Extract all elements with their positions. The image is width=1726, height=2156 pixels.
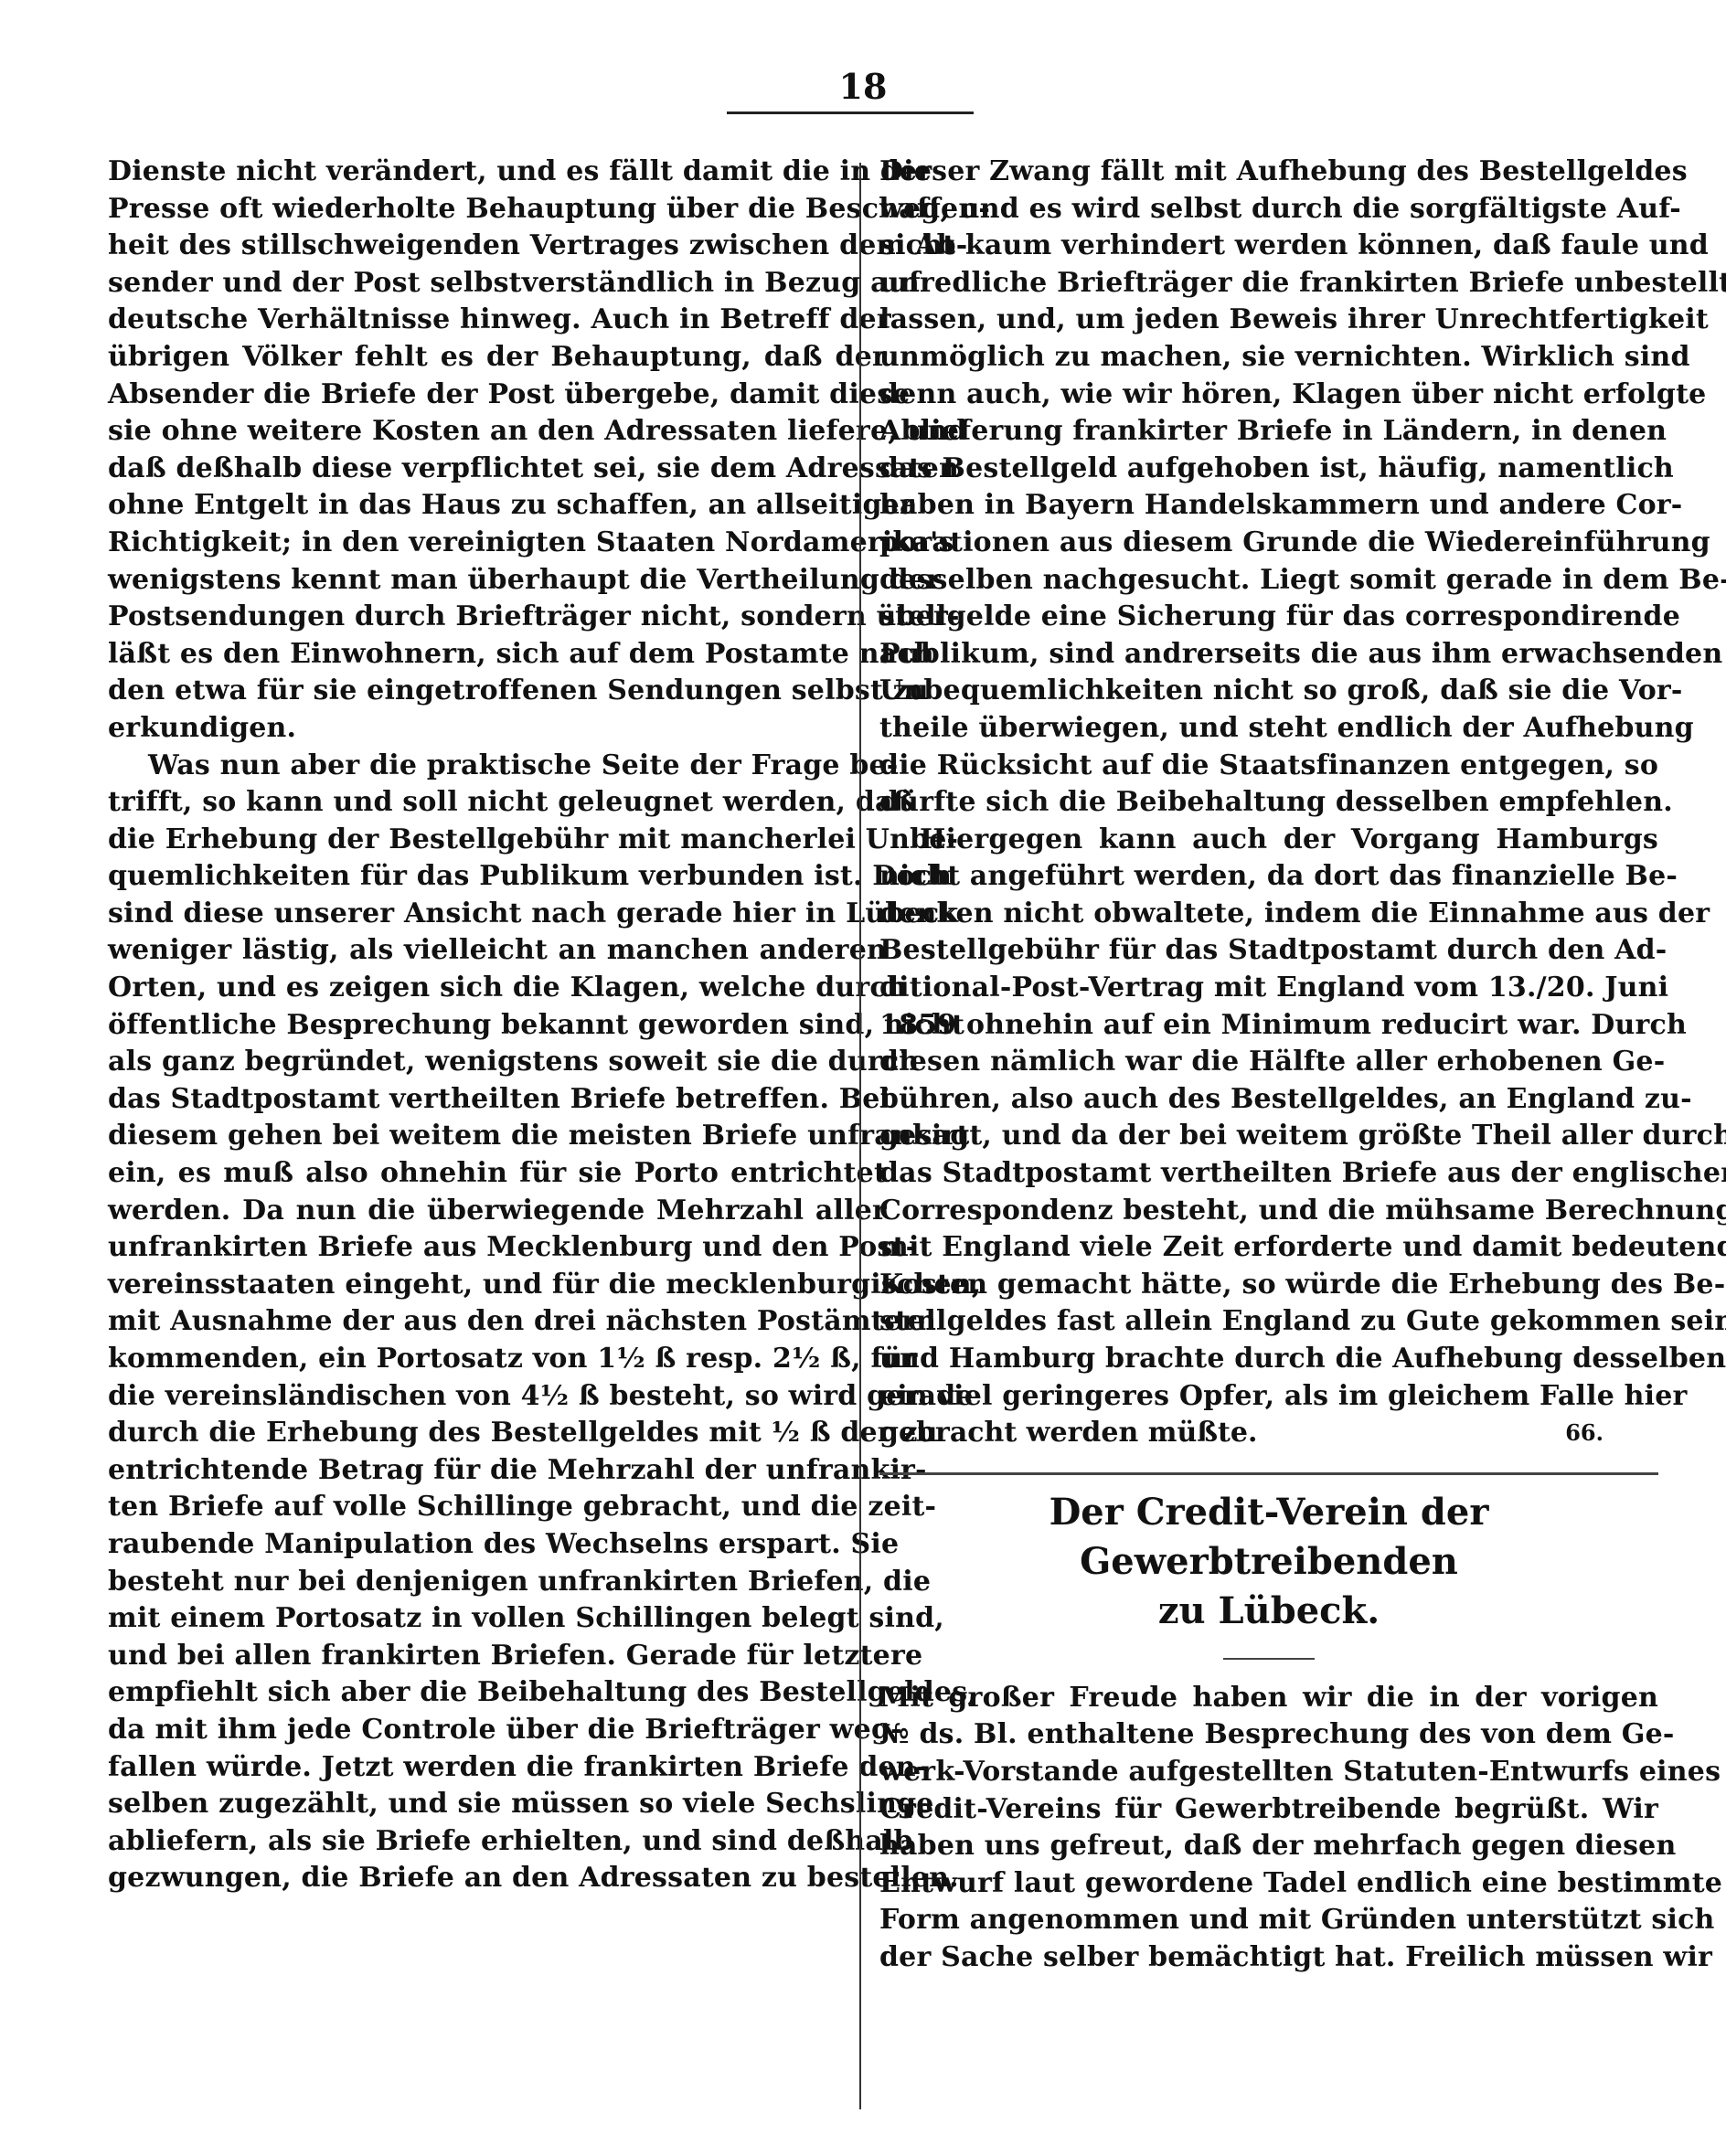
text-line: Was nun aber die praktische Seite der Fr… [108,748,887,785]
text-line: abliefern, als sie Briefe erhielten, und… [108,1823,887,1861]
text-line: gesagt, und da der bei weitem größte The… [879,1118,1658,1155]
text-line: da mit ihm jede Controle über die Brieft… [108,1712,887,1749]
left-column: Dienste nicht verändert, und es fällt da… [108,154,887,1897]
headline-line-1: Der Credit-Verein der Gewerbtreibenden [879,1488,1658,1587]
text-line: und Hamburg brachte durch die Aufhebung … [879,1341,1658,1378]
text-line: Ablieferung frankirter Briefe in Ländern… [879,413,1658,451]
text-line: theile überwiegen, und steht endlich der… [879,710,1658,748]
article-headline: Der Credit-Verein der Gewerbtreibenden z… [879,1488,1658,1636]
text-line: ein viel geringeres Opfer, als im gleich… [879,1378,1658,1416]
text-line: die Erhebung der Bestellgebühr mit manch… [108,822,887,859]
text-line: Credit-Vereins für Gewerbtreibende begrü… [879,1791,1658,1829]
text-line: mit Ausnahme der aus den drei nächsten P… [108,1303,887,1341]
text-line: quemlichkeiten für das Publikum verbunde… [108,858,887,896]
text-line: № ds. Bl. enthaltene Besprechung des von… [879,1716,1658,1754]
right-column-text: Dieser Zwang fällt mit Aufhebung des Bes… [879,154,1658,1415]
text-line: diesem gehen bei weitem die meisten Brie… [108,1118,887,1155]
text-line: stellgelde eine Sicherung für das corres… [879,599,1658,636]
text-line: trifft, so kann und soll nicht geleugnet… [108,784,887,822]
text-line: Dieser Zwang fällt mit Aufhebung des Bes… [879,154,1658,191]
text-line: sicht kaum verhindert werden können, daß… [879,228,1658,265]
text-line: bühren, also auch des Bestellgeldes, an … [879,1081,1658,1119]
text-line: gezwungen, die Briefe an den Adressaten … [108,1860,887,1897]
headline-rule [1223,1658,1315,1660]
text-line: werk-Vorstande aufgestellten Statuten-En… [879,1754,1658,1791]
text-line: nicht angeführt werden, da dort das fina… [879,858,1658,896]
text-line: haben uns gefreut, daß der mehrfach gege… [879,1828,1658,1865]
text-line: vereinsstaaten eingeht, und für die meck… [108,1267,887,1304]
section-rule [879,1472,1658,1475]
text-line: ein, es muß also ohnehin für sie Porto e… [108,1155,887,1193]
text-line: lassen, und, um jeden Beweis ihrer Unrec… [879,302,1658,339]
text-line: Mit großer Freude haben wir die in der v… [879,1680,1658,1717]
text-line: Absender die Briefe der Post übergebe, d… [108,377,887,414]
text-line: werden. Da nun die überwiegende Mehrzahl… [108,1193,887,1230]
right-column: Dieser Zwang fällt mit Aufhebung des Bes… [879,154,1658,1977]
text-line: sender und der Post selbstverständlich i… [108,265,887,303]
text-line: als ganz begründet, wenigstens soweit si… [108,1044,887,1081]
text-line: Publikum, sind andrerseits die aus ihm e… [879,636,1658,674]
text-line: Unbequemlichkeiten nicht so groß, daß si… [879,673,1658,710]
text-line: raubende Manipulation des Wechselns ersp… [108,1526,887,1564]
text-line: fallen würde. Jetzt werden die frankirte… [108,1749,887,1787]
text-line: Kosten gemacht hätte, so würde die Erheb… [879,1267,1658,1304]
article-body: Mit großer Freude haben wir die in der v… [879,1680,1658,1977]
text-line: diesen nämlich war die Hälfte aller erho… [879,1044,1658,1081]
text-line: 1859 ohnehin auf ein Minimum reducirt wa… [879,1007,1658,1045]
text-line: unredliche Briefträger die frankirten Br… [879,265,1658,303]
text-line: ohne Entgelt in das Haus zu schaffen, an… [108,487,887,525]
text-line: übrigen Völker fehlt es der Behauptung, … [108,339,887,377]
text-line: unfrankirten Briefe aus Mecklenburg und … [108,1229,887,1267]
text-line: mit einem Portosatz in vollen Schillinge… [108,1600,887,1638]
text-line: selben zugezählt, und sie müssen so viel… [108,1786,887,1823]
text-line: durch die Erhebung des Bestellgeldes mit… [108,1415,887,1452]
text-line: ten Briefe auf volle Schillinge gebracht… [108,1489,887,1526]
text-line: entrichtende Betrag für die Mehrzahl der… [108,1452,887,1490]
text-line: die vereinsländischen von 4½ ß besteht, … [108,1378,887,1416]
article-end: gebracht werden müßte. 66. [879,1415,1658,1452]
text-line: weg, und es wird selbst durch die sorgfä… [879,191,1658,228]
text-line: heit des stillschweigenden Vertrages zwi… [108,228,887,265]
text-line: der Sache selber bemächtigt hat. Freilic… [879,1939,1658,1977]
text-line: Bestellgebühr für das Stadtpostamt durch… [879,932,1658,970]
text-line: das Stadtpostamt vertheilten Briefe aus … [879,1155,1658,1193]
text-line: daß deßhalb diese verpflichtet sei, sie … [108,451,887,488]
text-line: sind diese unserer Ansicht nach gerade h… [108,896,887,933]
text-line: Correspondenz besteht, und die mühsame B… [879,1193,1658,1230]
text-line: sie ohne weitere Kosten an den Adressate… [108,413,887,451]
text-line: mit England viele Zeit erforderte und da… [879,1229,1658,1267]
text-line: erkundigen. [108,710,887,748]
text-line: Hiergegen kann auch der Vorgang Hamburgs [879,822,1658,859]
article-number: 66. [1565,1415,1658,1452]
text-line: Orten, und es zeigen sich die Klagen, we… [108,970,887,1007]
text-line: empfiehlt sich aber die Beibehaltung des… [108,1674,887,1712]
text-line: Entwurf laut gewordene Tadel endlich ein… [879,1865,1658,1903]
closing-line: gebracht werden müßte. [879,1415,1257,1452]
text-line: Richtigkeit; in den vereinigten Staaten … [108,525,887,562]
page-number: 18 [0,66,1726,107]
text-line: kommenden, ein Portosatz von 1½ ß resp. … [108,1341,887,1378]
text-line: und bei allen frankirten Briefen. Gerade… [108,1638,887,1675]
text-line: wenigstens kennt man überhaupt die Verth… [108,562,887,600]
headline-line-2: zu Lübeck. [879,1587,1658,1636]
page-number-rule [727,112,974,114]
text-line: Presse oft wiederholte Behauptung über d… [108,191,887,228]
text-line: das Stadtpostamt vertheilten Briefe betr… [108,1081,887,1119]
text-line: Dienste nicht verändert, und es fällt da… [108,154,887,191]
text-line: dürfte sich die Beibehaltung desselben e… [879,784,1658,822]
text-line: Form angenommen und mit Gründen unterstü… [879,1902,1658,1939]
text-line: öffentliche Besprechung bekannt geworden… [108,1007,887,1045]
text-line: porationen aus diesem Grunde die Wiedere… [879,525,1658,562]
text-line: denken nicht obwaltete, indem die Einnah… [879,896,1658,933]
text-line: desselben nachgesucht. Liegt somit gerad… [879,562,1658,600]
text-line: stellgeldes fast allein England zu Gute … [879,1303,1658,1341]
text-line: die Rücksicht auf die Staatsfinanzen ent… [879,748,1658,785]
text-line: das Bestellgeld aufgehoben ist, häufig, … [879,451,1658,488]
text-line: deutsche Verhältnisse hinweg. Auch in Be… [108,302,887,339]
text-line: weniger lästig, als vielleicht an manche… [108,932,887,970]
text-line: läßt es den Einwohnern, sich auf dem Pos… [108,636,887,674]
text-line: ditional-Post-Vertrag mit England vom 13… [879,970,1658,1007]
text-line: haben in Bayern Handelskammern und ander… [879,487,1658,525]
text-line: denn auch, wie wir hören, Klagen über ni… [879,377,1658,414]
text-line: besteht nur bei denjenigen unfrankirten … [108,1564,887,1601]
text-line: Postsendungen durch Briefträger nicht, s… [108,599,887,636]
text-line: den etwa für sie eingetroffenen Sendunge… [108,673,887,710]
text-line: unmöglich zu machen, sie vernichten. Wir… [879,339,1658,377]
column-divider [859,163,861,2109]
